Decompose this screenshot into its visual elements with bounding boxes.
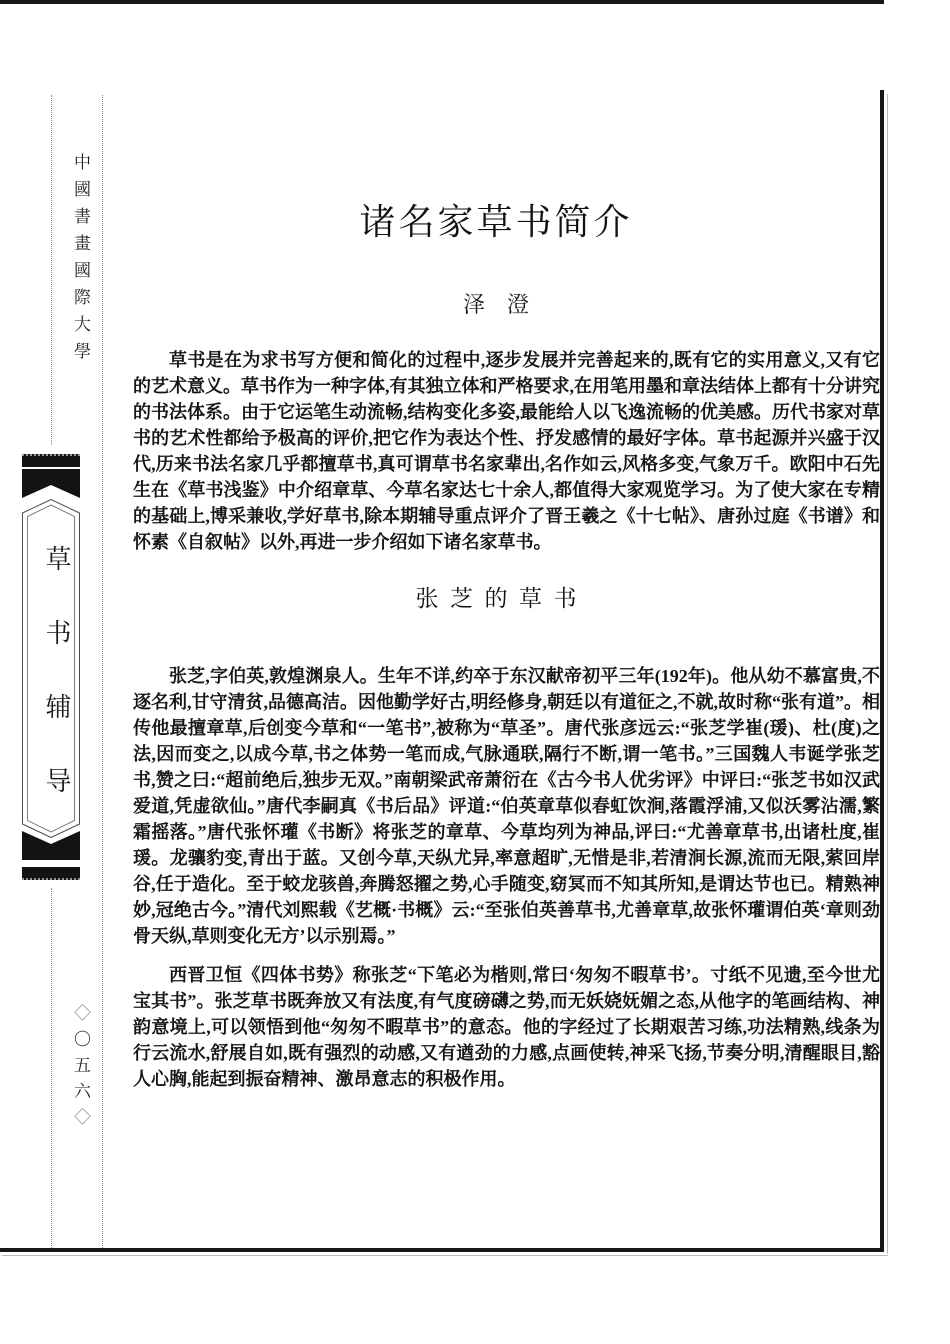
page-frame-bottom-line xyxy=(0,1248,884,1252)
sidebar-left-rule-lower xyxy=(51,888,52,1248)
folio-number-text: 〇五六 xyxy=(71,1030,90,1108)
section-paragraph-1: 张芝,字伯英,敦煌渊泉人。生年不详,约卒于东汉献帝初平三年(192年)。他从幼不… xyxy=(133,663,880,949)
page-frame-right-shadow-line xyxy=(887,94,888,1254)
sidebar-left-rule-upper xyxy=(51,95,52,445)
article-title: 诸名家草书简介 xyxy=(110,194,882,245)
scanned-book-page: 中國書畫國際大學 草书辅导 ◇〇五六◇ 诸名家草书简介 泽 澄 草书是在为求书写… xyxy=(0,0,950,1344)
section-heading: 张芝的草书 xyxy=(110,580,882,613)
folio-page-number: ◇〇五六◇ xyxy=(68,1004,93,1134)
folio-bottom-diamond-icon: ◇ xyxy=(71,1108,90,1134)
sidebar-right-rule xyxy=(102,95,103,1248)
emblem-series-label: 草书辅导 xyxy=(38,545,75,841)
article-author: 泽 澄 xyxy=(110,288,882,319)
folio-top-diamond-icon: ◇ xyxy=(71,1004,90,1030)
page-frame-bottom-shadow-line xyxy=(2,1255,888,1256)
section-paragraph-2: 西晋卫恒《四体书势》称张芝“下笔必为楷则,常曰‘匆匆不暇草书’。寸纸不见遗,至今… xyxy=(133,962,880,1092)
emblem-bottom-bar xyxy=(22,867,80,880)
intro-paragraph: 草书是在为求书写方便和简化的过程中,逐步发展并完善起来的,既有它的实用意义,又有… xyxy=(133,347,880,555)
page-frame-top-line xyxy=(0,0,884,4)
emblem-top-bar xyxy=(22,454,80,467)
sidebar-institution-text: 中國書畫國際大學 xyxy=(68,153,93,369)
emblem-top-ribbon xyxy=(22,469,80,498)
page-frame-right-line xyxy=(880,90,884,1252)
